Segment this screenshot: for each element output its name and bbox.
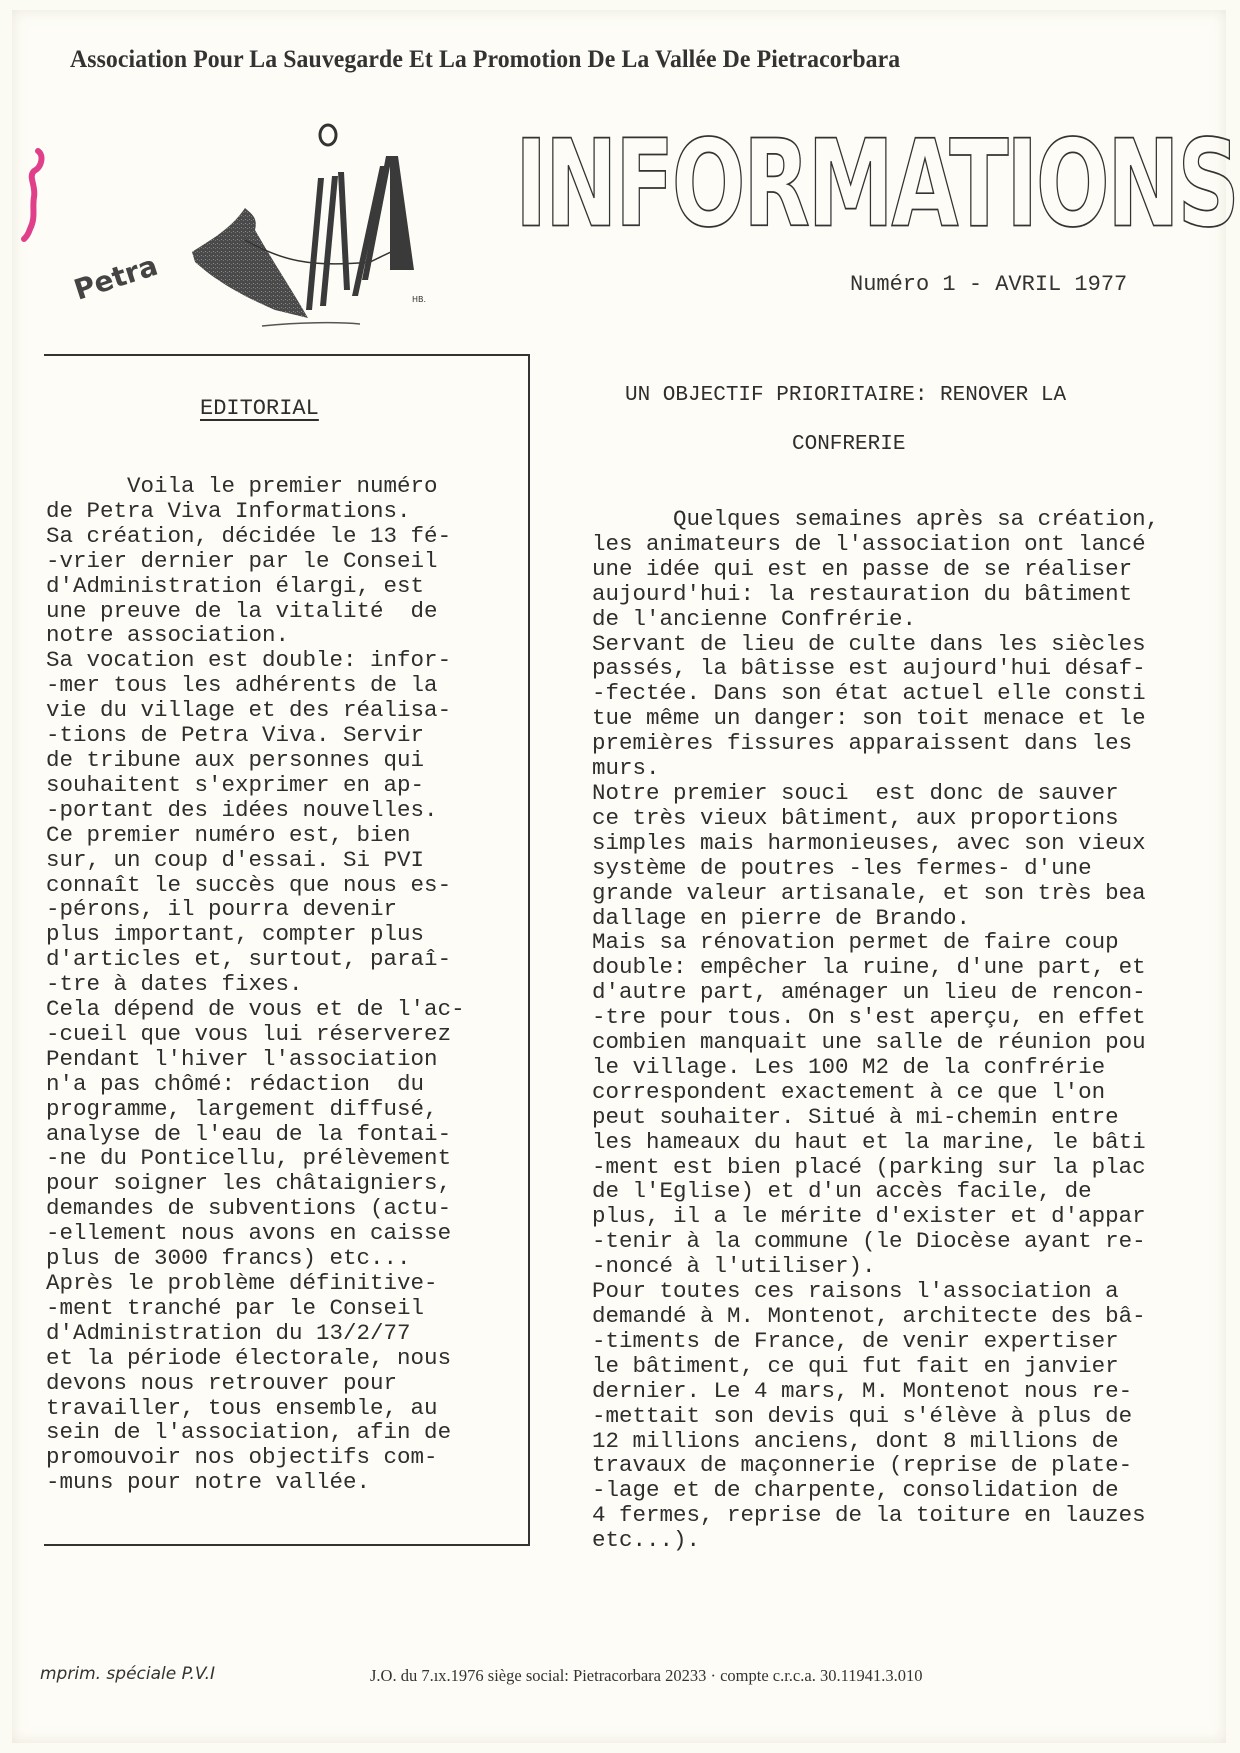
editorial-heading: EDITORIAL [200,396,319,421]
text-line: Quelques semaines après sa création, [592,506,1159,532]
text-line: une idée qui est en passe de se réaliser [592,556,1132,582]
text-line: simples mais harmonieuses, avec son vieu… [592,830,1146,856]
logo-rock-shape [192,208,308,318]
text-line: devons nous retrouver pour [46,1370,397,1396]
text-line: de l'ancienne Confrérie. [592,606,916,632]
text-line: d'Administration élargi, est [46,573,424,599]
text-line: passés, la bâtisse est aujourd'hui désaf… [592,655,1146,681]
text-line: le bâtiment, ce qui fut fait en janvier [592,1353,1119,1379]
text-line: Sa création, décidée le 13 fé- [46,523,451,549]
text-line: combien manquait une salle de réunion po… [592,1029,1146,1055]
text-line: -ellement nous avons en caisse [46,1220,451,1246]
text-line: de l'Eglise) et d'un accès facile, de [592,1178,1092,1204]
text-line: ce très vieux bâtiment, aux proportions [592,805,1119,831]
text-line: demandé à M. Montenot, architecte des bâ… [592,1303,1146,1329]
text-line: travailler, tous ensemble, au [46,1395,438,1421]
handwritten-printer-note: mprim. spéciale P.V.I [40,1664,215,1684]
text-line: -mer tous les adhérents de la [46,672,438,698]
text-line: Pendant l'hiver l'association [46,1046,438,1072]
text-line: Voila le premier numéro [46,473,438,499]
text-line: souhaitent s'exprimer en ap- [46,772,424,798]
text-line: sein de l'association, afin de [46,1419,451,1445]
text-line: plus important, compter plus [46,921,424,947]
text-line: connaît le succès que nous es- [46,872,451,898]
text-line: programme, largement diffusé, [46,1096,438,1122]
masthead-title: INFORMATIONS [515,138,937,233]
text-line: les animateurs de l'association ont lanc… [592,531,1146,557]
text-line: 12 millions anciens, dont 8 millions de [592,1428,1119,1454]
text-line: d'autre part, aménager un lieu de rencon… [592,979,1146,1005]
text-line: dallage en pierre de Brando. [592,905,970,931]
text-line: le village. Les 100 M2 de la confrérie [592,1054,1105,1080]
text-line: travaux de maçonnerie (reprise de plate- [592,1452,1132,1478]
text-line: Servant de lieu de culte dans les siècle… [592,631,1146,657]
text-line: -tre à dates fixes. [46,971,303,997]
logo-circle-icon [320,125,336,145]
text-line: -tre pour tous. On s'est aperçu, en effe… [592,1004,1146,1030]
text-line: -mettait son devis qui s'élève à plus de [592,1403,1132,1429]
text-line: analyse de l'eau de la fontai- [46,1121,451,1147]
text-line: -pérons, il pourra devenir [46,896,397,922]
text-line: Après le problème définitive- [46,1270,438,1296]
text-line: et la période électorale, nous [46,1345,451,1371]
text-line: d'Administration du 13/2/77 [46,1320,411,1346]
text-line: -muns pour notre vallée. [46,1469,370,1495]
text-line: 4 fermes, reprise de la toiture en lauze… [592,1502,1146,1528]
text-line: -ne du Ponticellu, prélèvement [46,1145,451,1171]
text-line: système de poutres -les fermes- d'une [592,855,1092,881]
text-line: -portant des idées nouvelles. [46,797,438,823]
text-line: Notre premier souci est donc de sauver [592,780,1119,806]
text-line: -vrier dernier par le Conseil [46,548,438,574]
text-line: murs. [592,755,660,781]
text-line: -cueil que vous lui réserverez [46,1021,451,1047]
text-line: -timents de France, de venir expertiser [592,1328,1119,1354]
logo-word-petra: Petra [70,249,162,307]
text-line: -noncé à l'utiliser). [592,1253,876,1279]
text-line: demandes de subventions (actu- [46,1195,451,1221]
text-line: plus de 3000 francs) etc... [46,1245,411,1271]
text-line: Mais sa rénovation permet de faire coup [592,929,1119,955]
text-line: vie du village et des réalisa- [46,697,451,723]
editorial-body: Voila le premier numéro de Petra Viva In… [46,474,536,1495]
issue-number-date: Numéro 1 - AVRIL 1977 [850,272,1127,297]
text-line: peut souhaiter. Situé à mi-chemin entre [592,1104,1119,1130]
text-line: -ment tranché par le Conseil [46,1295,424,1321]
text-line: les hameaux du haut et la marine, le bât… [592,1129,1146,1155]
article-body: Quelques semaines après sa création, les… [592,507,1232,1553]
text-line: correspondent exactement à ce que l'on [592,1079,1105,1105]
text-line: sur, un coup d'essai. Si PVI [46,847,424,873]
text-line: Pour toutes ces raisons l'association a [592,1278,1119,1304]
text-line: -lage et de charpente, consolidation de [592,1477,1119,1503]
text-line: -tenir à la commune (le Diocèse ayant re… [592,1228,1146,1254]
text-line: tue même un danger: son toit menace et l… [592,705,1146,731]
text-line: aujourd'hui: la restauration du bâtiment [592,581,1132,607]
text-line: pour soigner les châtaigniers, [46,1170,451,1196]
text-line: -tions de Petra Viva. Servir [46,722,424,748]
petra-viva-logo: Petra HB. [40,110,440,340]
legal-registration-line: J.O. du 7.ıx.1976 siège social: Pietraco… [370,1666,922,1686]
text-line: premières fissures apparaissent dans les [592,730,1132,756]
text-line: -ment est bien placé (parking sur la pla… [592,1154,1146,1180]
text-line: Sa vocation est double: infor- [46,647,451,673]
logo-signature: HB. [412,295,426,304]
text-line: etc...). [592,1527,700,1553]
text-line: notre association. [46,622,289,648]
article-heading-line2: CONFRERIE [792,433,905,456]
text-line: grande valeur artisanale, et son très be… [592,880,1146,906]
association-title: Association Pour La Sauvegarde Et La Pro… [70,46,1115,74]
text-line: d'articles et, surtout, paraî- [46,946,451,972]
text-line: une preuve de la vitalité de [46,598,438,624]
text-line: plus, il a le mérite d'exister et d'appa… [592,1203,1146,1229]
text-line: Ce premier numéro est, bien [46,822,411,848]
text-line: de tribune aux personnes qui [46,747,424,773]
text-line: promouvoir nos objectifs com- [46,1444,438,1470]
text-line: dernier. Le 4 mars, M. Montenot nous re- [592,1378,1132,1404]
article-heading-line1: UN OBJECTIF PRIORITAIRE: RENOVER LA [625,384,1066,407]
text-line: Cela dépend de vous et de l'ac- [46,996,465,1022]
text-line: -fectée. Dans son état actuel elle const… [592,680,1146,706]
text-line: double: empêcher la ruine, d'une part, e… [592,954,1146,980]
text-line: n'a pas chômé: rédaction du [46,1071,424,1097]
text-line: de Petra Viva Informations. [46,498,411,524]
